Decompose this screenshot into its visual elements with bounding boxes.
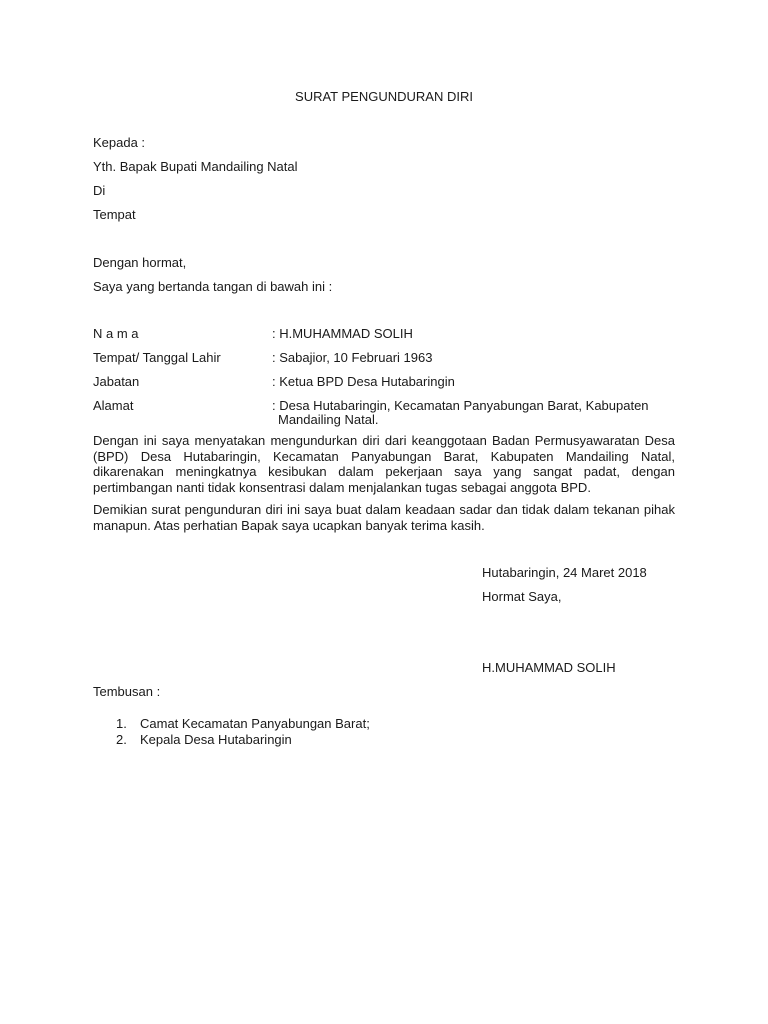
cc-label: Tembusan : [93, 684, 160, 699]
recipient-addressee: Yth. Bapak Bupati Mandailing Natal [93, 159, 298, 174]
identity-value-position: : Ketua BPD Desa Hutabaringin [272, 374, 455, 389]
body-paragraph-2: Demikian surat pengunduran diri ini saya… [93, 502, 675, 533]
list-number: 1. [116, 716, 127, 732]
recipient-to-label: Kepada : [93, 135, 145, 150]
intro-line: Saya yang bertanda tangan di bawah ini : [93, 279, 332, 294]
identity-label-birth: Tempat/ Tanggal Lahir [93, 350, 221, 365]
list-item: 2. Kepala Desa Hutabaringin [116, 732, 370, 748]
identity-value-birth: : Sabajior, 10 Februari 1963 [272, 350, 432, 365]
document-page: SURAT PENGUNDURAN DIRI Kepada : Yth. Bap… [0, 0, 768, 1024]
identity-value-address-cont: Mandailing Natal. [278, 412, 378, 427]
identity-label-position: Jabatan [93, 374, 139, 389]
cc-list: 1. Camat Kecamatan Panyabungan Barat; 2.… [116, 716, 370, 748]
recipient-place: Tempat [93, 207, 136, 222]
identity-label-name: N a m a [93, 326, 139, 341]
signature-closing: Hormat Saya, [482, 589, 561, 604]
greeting: Dengan hormat, [93, 255, 186, 270]
recipient-di: Di [93, 183, 105, 198]
list-item: 1. Camat Kecamatan Panyabungan Barat; [116, 716, 370, 732]
identity-value-name: : H.MUHAMMAD SOLIH [272, 326, 413, 341]
list-text: Camat Kecamatan Panyabungan Barat; [140, 716, 370, 731]
signature-name: H.MUHAMMAD SOLIH [482, 660, 616, 675]
signature-place-date: Hutabaringin, 24 Maret 2018 [482, 565, 647, 580]
letter-title: SURAT PENGUNDURAN DIRI [0, 89, 768, 104]
body-paragraph-1: Dengan ini saya menyatakan mengundurkan … [93, 433, 675, 495]
list-text: Kepala Desa Hutabaringin [140, 732, 292, 747]
list-number: 2. [116, 732, 127, 748]
identity-value-address: : Desa Hutabaringin, Kecamatan Panyabung… [272, 398, 649, 413]
identity-label-address: Alamat [93, 398, 133, 413]
